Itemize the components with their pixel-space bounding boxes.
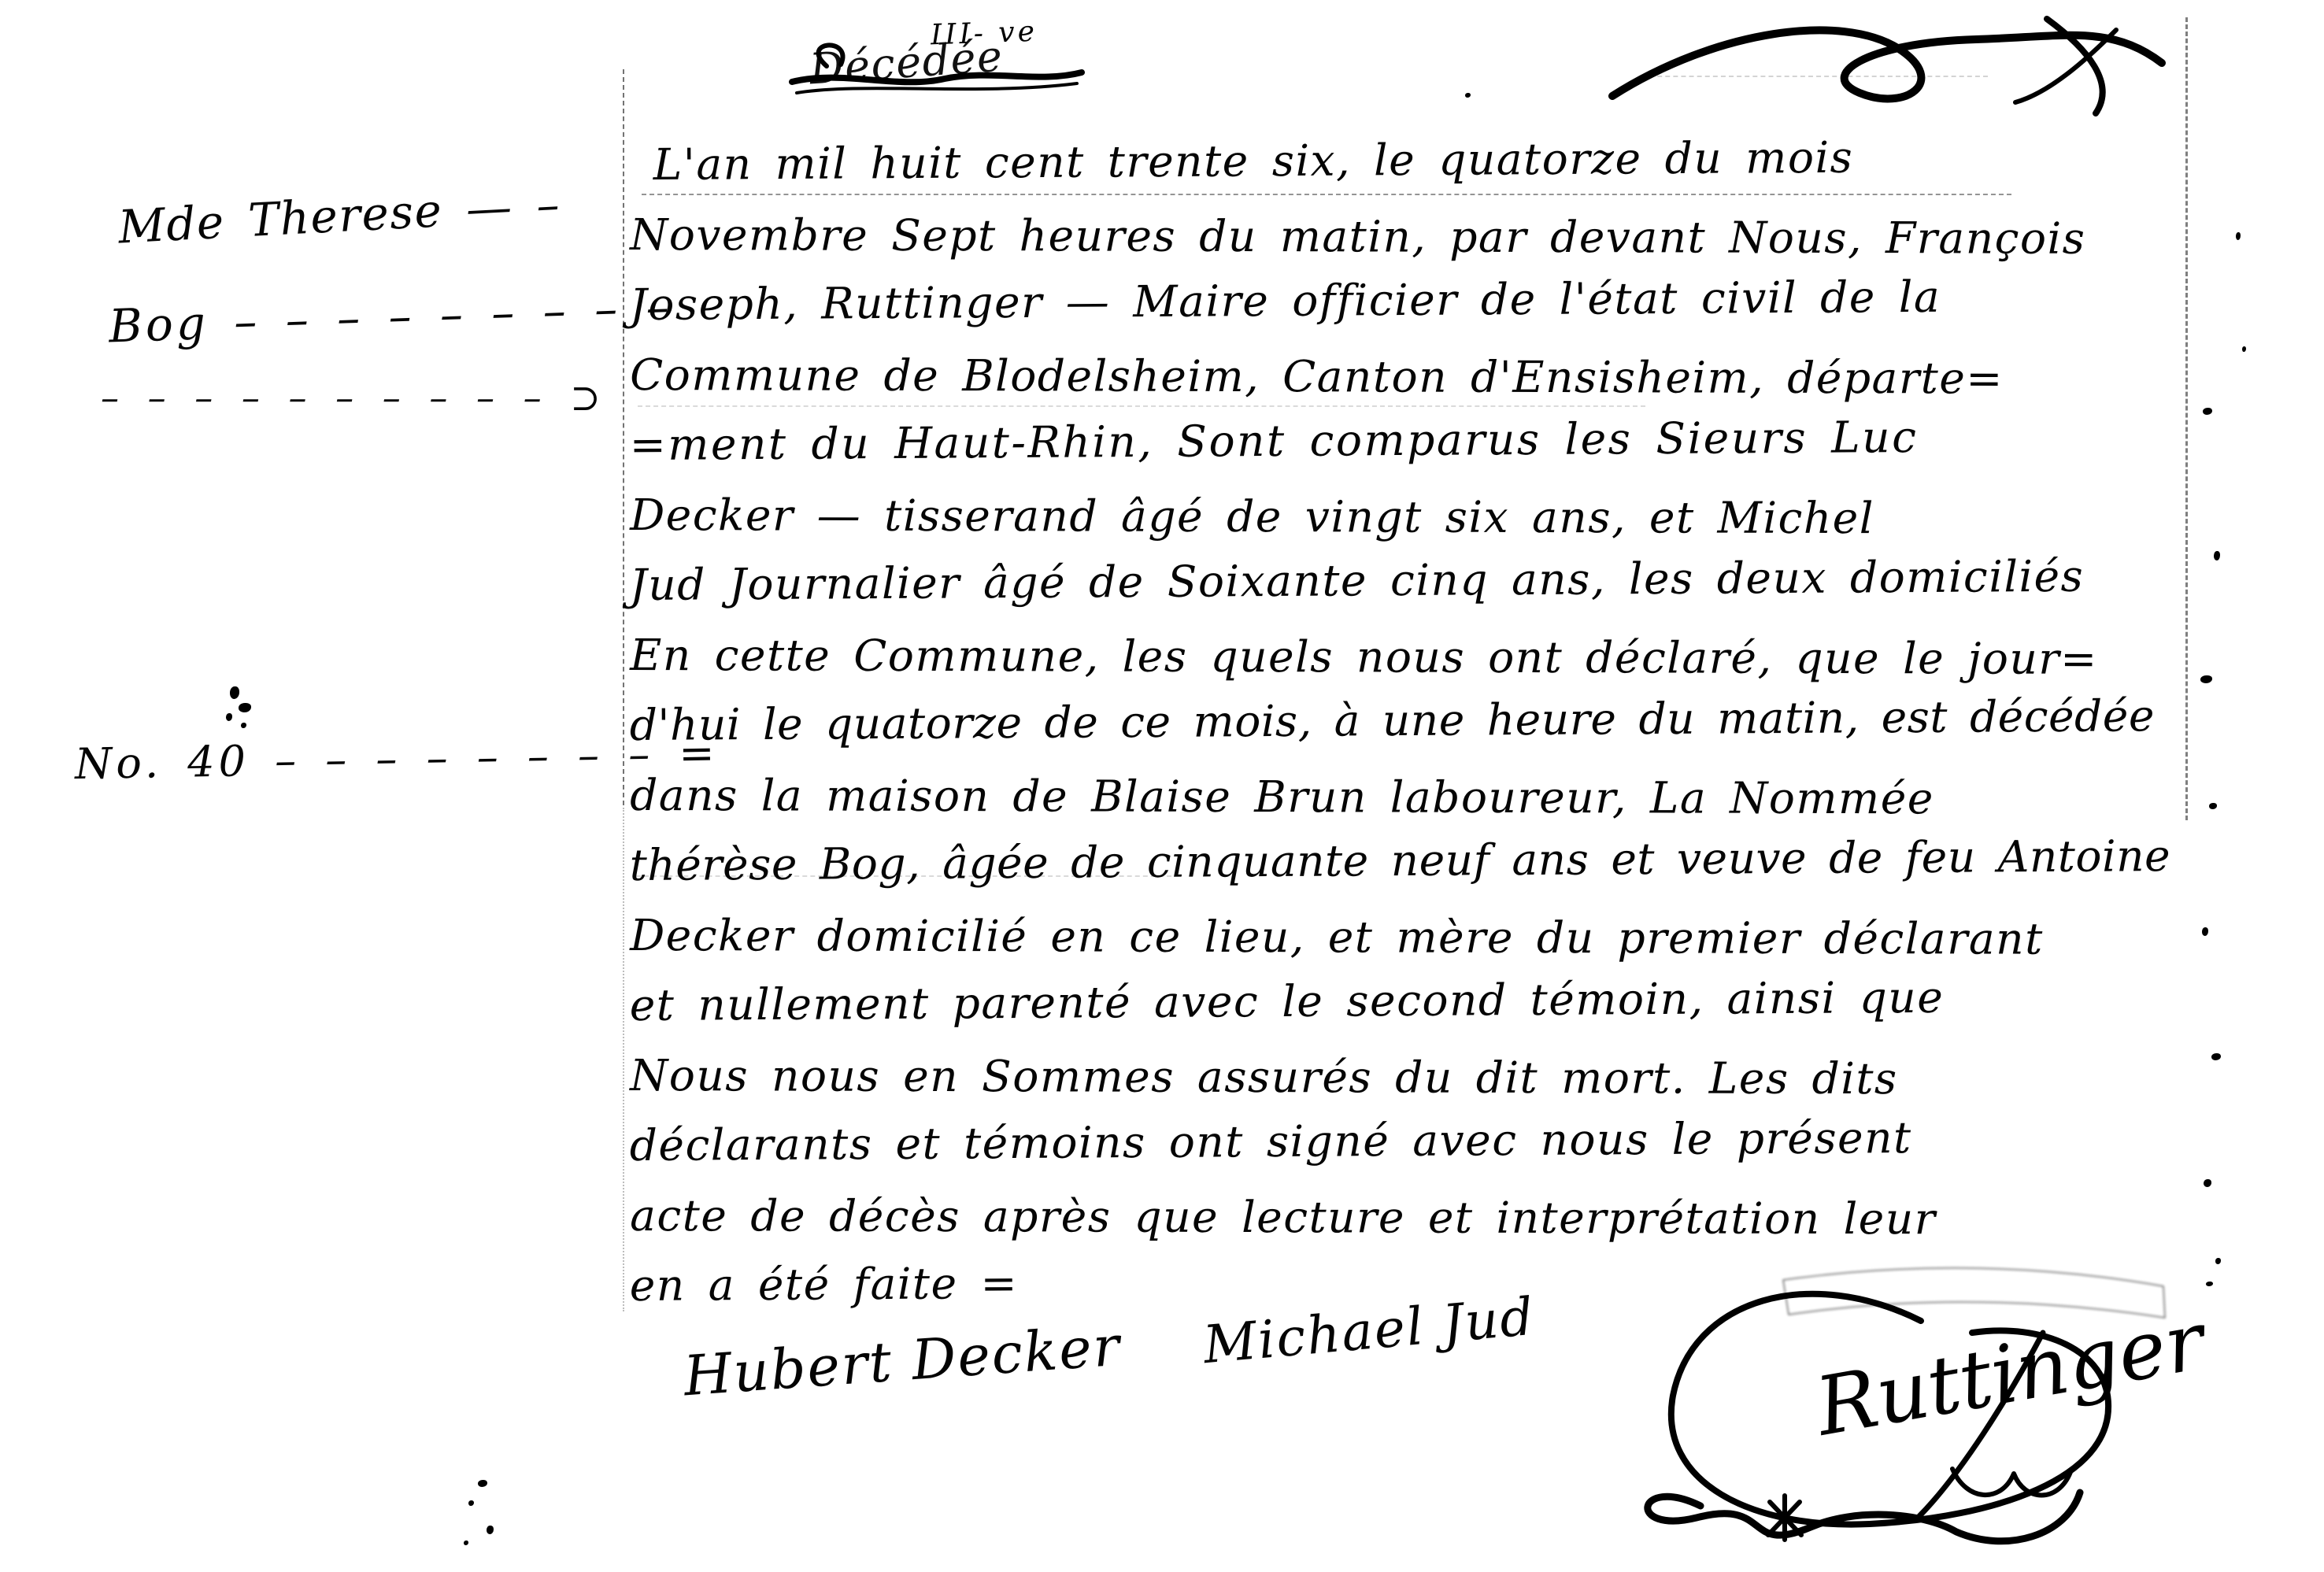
record-text-line: Jud Journalier âgé de Soixante cinq ans,…	[629, 543, 2220, 623]
signature-officer-block: Ruttinger	[1582, 1242, 2204, 1569]
record-text-line: L'an mil huit cent trente six, le quator…	[653, 123, 2220, 202]
margin-rule-line	[623, 69, 624, 805]
ink-speck	[487, 1526, 494, 1534]
signature-officer: Ruttinger	[1808, 1293, 2215, 1455]
record-text-block: L'an mil huit cent trente six, le quator…	[630, 132, 2220, 1323]
margin-deceased-name-line2: Bog – – – – – – – – –	[108, 280, 673, 353]
record-text-line: =ment du Haut-Rhin, Sont comparus les Si…	[629, 403, 2220, 483]
ink-speck	[464, 1541, 468, 1545]
margin-deceased-name-line1: Mde Therese — –	[117, 177, 562, 253]
ink-speck	[468, 1500, 474, 1506]
flourish-swirl-icon	[1606, 8, 2173, 130]
ink-speck	[2242, 346, 2246, 352]
signature-declarant: Hubert Decker	[682, 1314, 1123, 1409]
header-annotation: III- ve	[930, 16, 1038, 52]
record-text-line: déclarants et témoins ont signé avec nou…	[629, 1104, 2220, 1183]
record-text-line: Joseph, Ruttinger — Maire officier de l'…	[629, 263, 2220, 342]
ink-speck	[241, 723, 246, 728]
margin-dotted-line: – – – – – – – – – – ⊃	[101, 376, 605, 419]
scanned-death-record-page: Décédée III- ve Mde Therese — – Bog – – …	[0, 0, 2324, 1572]
record-text-line: thérèse Bog, âgée de cinquante neuf ans …	[629, 823, 2220, 903]
ink-speck	[239, 703, 251, 712]
ink-speck	[226, 713, 232, 721]
ink-speck	[1465, 93, 1471, 98]
margin-rule-line-faint	[623, 808, 624, 1311]
signature-flourish-icon: Ruttinger	[1582, 1242, 2204, 1569]
ink-speck	[478, 1480, 487, 1487]
record-text-line: et nullement parenté avec le second témo…	[629, 964, 2220, 1043]
record-text-line: d'hui le quatorze de ce mois, à une heur…	[629, 683, 2220, 763]
ink-speck	[2236, 232, 2241, 240]
ink-speck	[230, 686, 239, 699]
